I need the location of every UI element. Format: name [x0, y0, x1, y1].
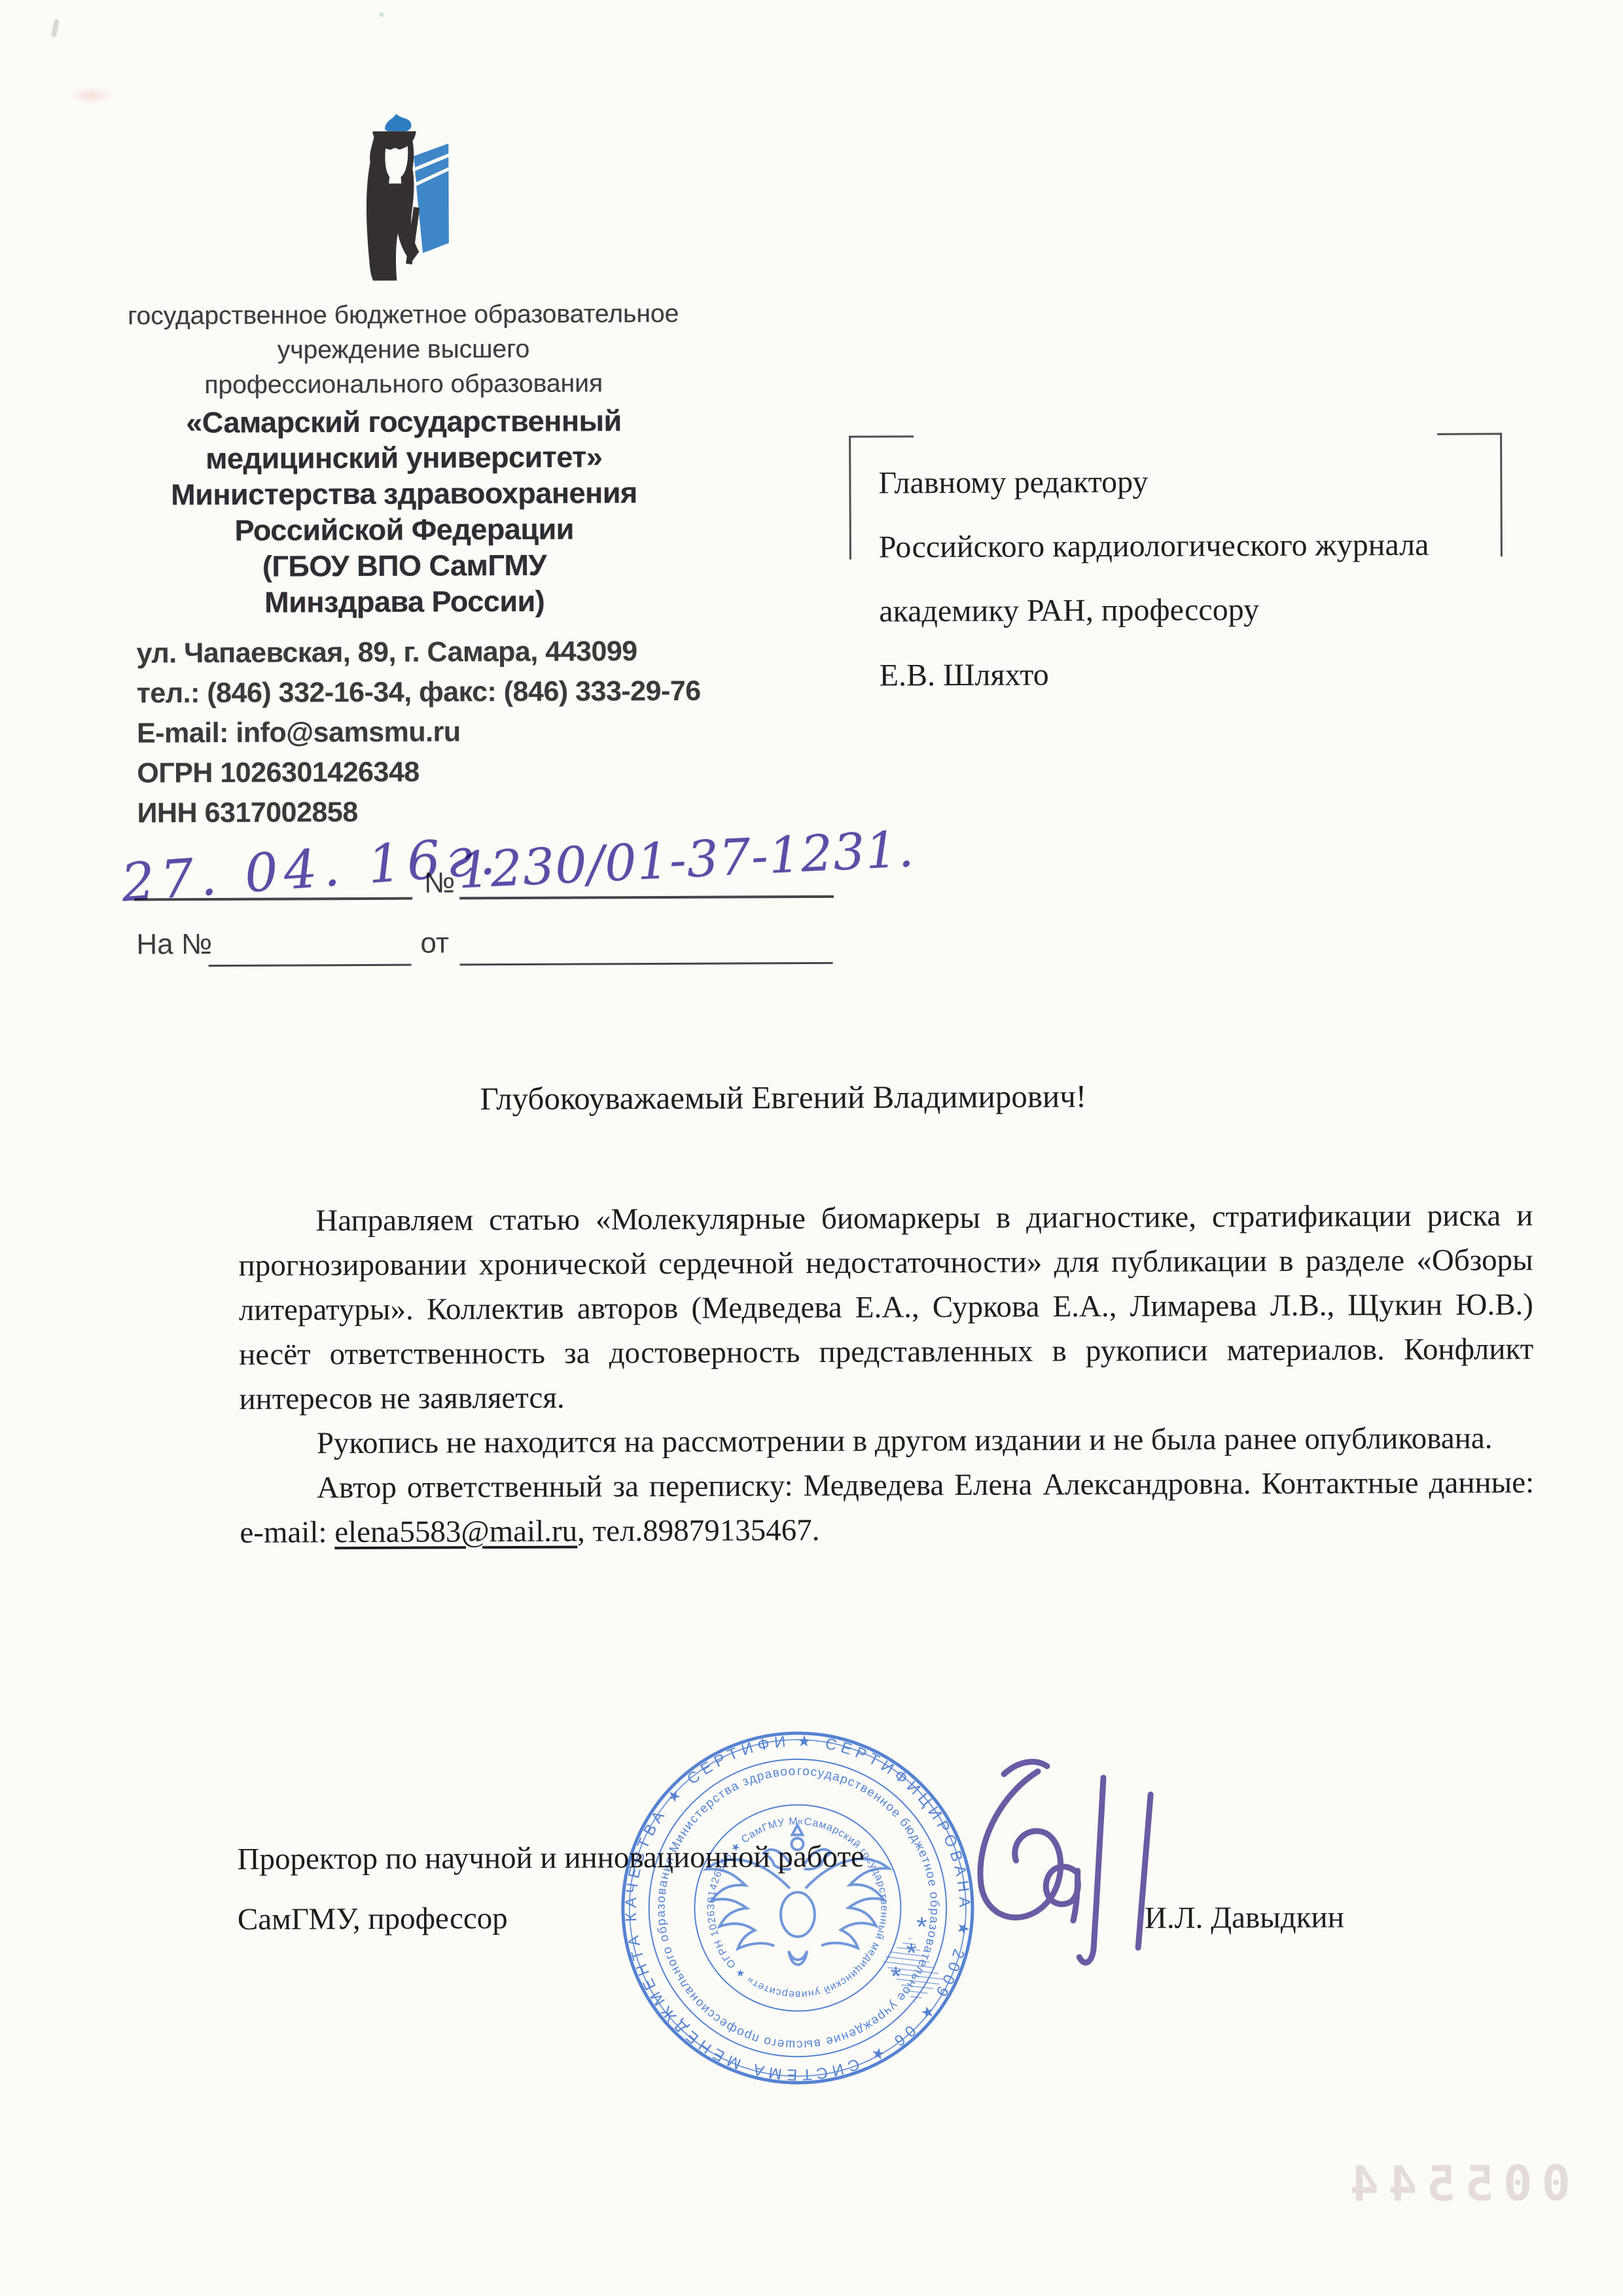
org-line: Министерства здравоохранения	[90, 475, 718, 513]
org-line: «Самарский государственный	[90, 403, 718, 441]
inn-line: ИНН 6317002858	[137, 791, 701, 834]
paragraph-1: Направляем статью «Молекулярные биомарке…	[238, 1193, 1533, 1422]
org-name-regular: государственное бюджетное образовательно…	[89, 296, 718, 403]
recipient-block: Главному редактору Российского кардиолог…	[878, 448, 1534, 708]
from-label: от	[420, 927, 449, 960]
scan-smudge	[69, 87, 115, 104]
org-line: Минздрава России)	[90, 583, 719, 621]
org-line: профессионального образования	[90, 366, 718, 403]
handwritten-date: 27. 04. 16г.	[119, 825, 503, 914]
stamp-inner-ring-text: «Самарский государственный медицинский у…	[705, 1816, 890, 2001]
svg-text:«Самарский государственный мед: «Самарский государственный медицинский у…	[705, 1816, 890, 2001]
paragraph-3-tail: , тел.89879135467.	[577, 1513, 820, 1549]
signer-position-line2: СамГМУ, профессор	[238, 1901, 508, 1937]
org-name-bold: «Самарский государственный медицинский у…	[90, 403, 719, 621]
contact-block: ул. Чапаевская, 89, г. Самара, 443099 те…	[136, 632, 701, 834]
handwritten-signature	[907, 1732, 1190, 1995]
svg-text:государственное бюджетное обра: государственное бюджетное образовательно…	[654, 1764, 942, 2053]
letter-body: Направляем статью «Молекулярные биомарке…	[238, 1193, 1534, 1555]
email-line: E-mail: info@samsmu.ru	[137, 711, 701, 754]
paragraph-2: Рукопись не находится на рассмотрении в …	[240, 1416, 1534, 1466]
scan-content: государственное бюджетное образовательно…	[0, 0, 1623, 2296]
org-line: государственное бюджетное образовательно…	[89, 296, 717, 334]
recipient-line: академику РАН, профессору	[879, 577, 1533, 643]
scanned-letter-page: государственное бюджетное образовательно…	[0, 0, 1623, 2296]
university-logo-icon	[350, 110, 450, 298]
bleed-through-number: 005544	[1341, 2155, 1571, 2213]
org-line: медицинский университет»	[90, 439, 718, 477]
org-line: (ГБОУ ВПО СамГМУ	[90, 547, 719, 585]
org-line: учреждение высшего	[89, 331, 717, 368]
phone-fax: тел.: (846) 332-16-34, факс: (846) 333-2…	[137, 672, 701, 714]
scan-smudge	[379, 12, 383, 17]
recipient-line: Российского кардиологического журнала	[879, 512, 1533, 579]
reply-date-underline	[460, 962, 833, 965]
stamp-middle-ring-text: государственное бюджетное образовательно…	[654, 1764, 942, 2053]
recipient-line: Е.В. Шляхто	[879, 641, 1533, 708]
paragraph-3: Автор ответственный за переписку: Медвед…	[240, 1460, 1535, 1555]
reply-to-label: На №	[136, 928, 212, 961]
ogrn-line: ОГРН 1026301426348	[137, 751, 701, 794]
scan-smudge	[51, 19, 60, 38]
contact-email: elena5583@mail.ru	[334, 1515, 577, 1550]
org-line: Российской Федерации	[90, 511, 719, 549]
salutation: Глубокоуважаемый Евгений Владимирович!	[480, 1077, 1086, 1117]
reply-number-underline	[209, 964, 412, 967]
recipient-line: Главному редактору	[878, 448, 1533, 515]
street-address: ул. Чапаевская, 89, г. Самара, 443099	[136, 632, 700, 674]
